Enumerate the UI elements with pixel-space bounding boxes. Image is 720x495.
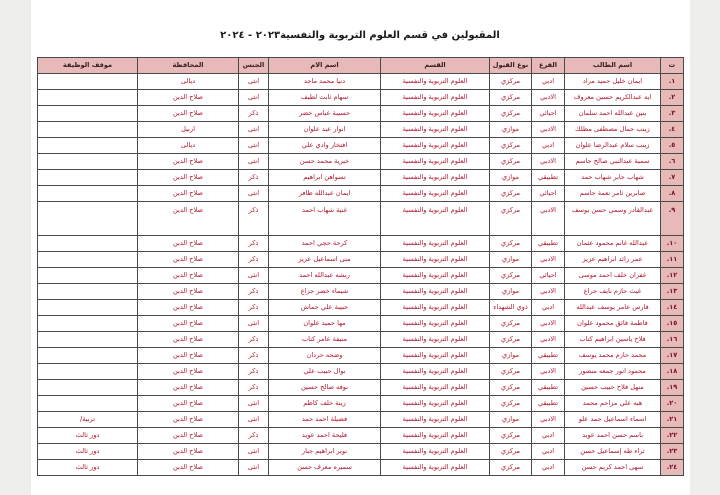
header-serial: ت [661,58,684,74]
table-row: ٩.عبدالقادر وسمي حسن يوسفالادبيمركزيالعل… [38,202,684,236]
cell-department: العلوم التربوية والنفسية [381,380,490,396]
cell-admission-type: مركزي [490,236,532,252]
cell-department: العلوم التربوية والنفسية [381,268,490,284]
cell-mother-name: تسواهن ابراهيم [269,170,381,186]
cell-branch: تطبيقي [532,170,565,186]
cell-department: العلوم التربوية والنفسية [381,396,490,412]
cell-mother-name: سميره معرف حسن [269,460,381,476]
cell-governorate: صلاح الدين [138,284,239,300]
cell-department: العلوم التربوية والنفسية [381,364,490,380]
cell-student-name: صابرين ثامر نعمة جاسم [565,186,661,202]
cell-serial: ٢٤. [661,460,684,476]
side-margin [690,0,720,495]
cell-mother-name: نوفه صالح حسين [269,380,381,396]
cell-branch: احيائي [532,186,565,202]
cell-job-status [38,106,138,122]
cell-mother-name: كرحة حجي احمد [269,236,381,252]
table-row: ١٨.محمود انور جمعه منصورالادبيمركزيالعلو… [38,364,684,380]
cell-governorate: اربيل [138,122,239,138]
cell-mother-name: منيفة عامر كتاب [269,332,381,348]
header-department: القسم [381,58,490,74]
cell-serial: ٥. [661,138,684,154]
cell-mother-name: منى اسماعيل عزيز [269,252,381,268]
cell-gender: ذكر [239,252,269,268]
header-branch: الفرع [532,58,565,74]
cell-admission-type: مركزي [490,428,532,444]
cell-governorate: صلاح الدين [138,316,239,332]
cell-mother-name: فضيلة احمد حمد [269,412,381,428]
cell-job-status [38,380,138,396]
cell-serial: ١٢. [661,268,684,284]
cell-serial: ٢١. [661,412,684,428]
cell-job-status [38,170,138,186]
cell-branch: ادبي [532,460,565,476]
header-student-name: اسم الطالب [565,58,661,74]
cell-admission-type: موازي [490,170,532,186]
header-mother-name: اسم الام [269,58,381,74]
cell-governorate: صلاح الدين [138,186,239,202]
cell-branch: ادبي [532,300,565,316]
cell-job-status: تربية/ [38,412,138,428]
cell-student-name: عبدالله غانم محمود عثمان [565,236,661,252]
cell-governorate: صلاح الدين [138,106,239,122]
cell-gender: انثى [239,154,269,170]
cell-governorate: صلاح الدين [138,412,239,428]
cell-branch: الادبي [532,154,565,170]
cell-serial: ١١. [661,252,684,268]
cell-department: العلوم التربوية والنفسية [381,300,490,316]
cell-gender: ذكر [239,380,269,396]
cell-serial: ١٨. [661,364,684,380]
cell-gender: انثى [239,186,269,202]
table-body: ١.ايمان خليل حميد مرادادبيمركزيالعلوم ال… [38,74,684,476]
cell-job-status [38,122,138,138]
cell-admission-type: مركزي [490,364,532,380]
cell-mother-name: وضحه حردان [269,348,381,364]
cell-branch: ادبي [532,428,565,444]
cell-branch: احيائي [532,106,565,122]
table-row: ١٦.فلاح ياسين ابراهيم كتابالادبيمركزيالع… [38,332,684,348]
cell-student-name: زينب جمال مصطفى مطلك [565,122,661,138]
cell-admission-type: مركزي [490,460,532,476]
header-job-status: موقف الوظيفة [38,58,138,74]
cell-admission-type: مركزي [490,90,532,106]
table-row: ٦.سمية عبدالنبي صالح جاسمالادبيمركزيالعل… [38,154,684,170]
cell-job-status [38,316,138,332]
cell-job-status [38,90,138,106]
cell-department: العلوم التربوية والنفسية [381,74,490,90]
cell-department: العلوم التربوية والنفسية [381,106,490,122]
cell-governorate: صلاح الدين [138,236,239,252]
cell-department: العلوم التربوية والنفسية [381,186,490,202]
cell-mother-name: نوير ابراهيم جبار [269,444,381,460]
cell-department: العلوم التربوية والنفسية [381,348,490,364]
cell-gender: ذكر [239,170,269,186]
cell-department: العلوم التربوية والنفسية [381,412,490,428]
cell-job-status [38,236,138,252]
cell-student-name: زينب سلام عبدالرضا علوان [565,138,661,154]
cell-gender: انثى [239,412,269,428]
cell-student-name: منهل فلاح حبيب حسين [565,380,661,396]
cell-serial: ١٥. [661,316,684,332]
cell-branch: الادبي [532,252,565,268]
cell-admission-type: مركزي [490,380,532,396]
cell-branch: ادبي [532,74,565,90]
cell-job-status [38,252,138,268]
cell-department: العلوم التربوية والنفسية [381,122,490,138]
cell-serial: ١٠. [661,236,684,252]
cell-job-status [38,284,138,300]
cell-mother-name: حبيبة علي حماش [269,300,381,316]
cell-department: العلوم التربوية والنفسية [381,138,490,154]
cell-student-name: بنين عبدالله احمد سلمان [565,106,661,122]
cell-governorate: ديالى [138,74,239,90]
cell-department: العلوم التربوية والنفسية [381,252,490,268]
cell-serial: ٨. [661,186,684,202]
cell-branch: ادبي [532,444,565,460]
cell-mother-name: غنية شهاب احمد [269,202,381,236]
cell-gender: ذكر [239,284,269,300]
table-row: ٧.شهاب جابر شهاب حمدتطبيقيموازيالعلوم ال… [38,170,684,186]
cell-department: العلوم التربوية والنفسية [381,170,490,186]
cell-gender: انثى [239,268,269,284]
cell-mother-name: شيماء خضر جزاع [269,284,381,300]
cell-department: العلوم التربوية والنفسية [381,154,490,170]
cell-job-status [38,138,138,154]
cell-department: العلوم التربوية والنفسية [381,428,490,444]
cell-student-name: ايه عبدالكريم حسين معروف [565,90,661,106]
cell-job-status [38,364,138,380]
cell-branch: ادبي [532,138,565,154]
cell-admission-type: مركزي [490,138,532,154]
cell-branch: تطبيقي [532,348,565,364]
cell-department: العلوم التربوية والنفسية [381,236,490,252]
cell-branch: احيائي [532,268,565,284]
cell-serial: ١٦. [661,332,684,348]
cell-mother-name: فليحة احمد عويد [269,428,381,444]
cell-serial: ١. [661,74,684,90]
cell-branch: الادبي [532,364,565,380]
cell-branch: الادبي [532,316,565,332]
cell-branch: تطبيقي [532,396,565,412]
table-row: ٣.بنين عبدالله احمد سلماناحيائيمركزيالعل… [38,106,684,122]
cell-student-name: سهى احمد كريم حسن [565,460,661,476]
table-row: ١٠.عبدالله غانم محمود عثمانتطبيقيمركزيال… [38,236,684,252]
cell-admission-type: مركزي [490,202,532,236]
cell-mother-name: زينة خلف كاظم [269,396,381,412]
table-row: ١١.عمر رائد ابراهيم عزيزالادبيموازيالعلو… [38,252,684,268]
cell-gender: ذكر [239,332,269,348]
cell-student-name: باسم حسن احمد عويد [565,428,661,444]
table-row: ١٩.منهل فلاح حبيب حسينتطبيقيمركزيالعلوم … [38,380,684,396]
table-row: ١٧.محمد حازم محمد يوسفتطبيقيموازيالعلوم … [38,348,684,364]
cell-gender: انثى [239,444,269,460]
cell-job-status [38,332,138,348]
cell-gender: ذكر [239,106,269,122]
cell-admission-type: موازي [490,412,532,428]
cell-gender: انثى [239,138,269,154]
cell-job-status [38,154,138,170]
cell-admission-type: مركزي [490,74,532,90]
table-row: ٢١.اسماء اسماعيل حمد علوالادبيموازيالعلو… [38,412,684,428]
cell-mother-name: مها حميد علوان [269,316,381,332]
cell-student-name: عمر رائد ابراهيم عزيز [565,252,661,268]
table-row: ١٥.فاطمة فائق محمود علوانالادبيمركزيالعل… [38,316,684,332]
cell-job-status [38,396,138,412]
cell-admission-type: مركزي [490,444,532,460]
cell-serial: ٧. [661,170,684,186]
cell-admission-type: موازي [490,348,532,364]
cell-gender: انثى [239,90,269,106]
cell-governorate: صلاح الدين [138,252,239,268]
cell-admission-type: مركزي [490,396,532,412]
cell-mother-name: ريشه عبدالله احمد [269,268,381,284]
table-row: ٨.صابرين ثامر نعمة جاسماحيائيمركزيالعلوم… [38,186,684,202]
cell-admission-type: ذوي الشهداء [490,300,532,316]
cell-mother-name: افتخار وادي علي [269,138,381,154]
cell-job-status [38,348,138,364]
cell-gender: ذكر [239,236,269,252]
cell-governorate: صلاح الدين [138,202,239,236]
cell-gender: ذكر [239,348,269,364]
cell-job-status [38,268,138,284]
table-row: ١٤.فارس عامر يوسف عبداللهادبيذوي الشهداء… [38,300,684,316]
cell-serial: ١٩. [661,380,684,396]
header-governorate: المحافظة [138,58,239,74]
table-row: ٢٢.باسم حسن احمد عويدادبيمركزيالعلوم الت… [38,428,684,444]
cell-serial: ٢. [661,90,684,106]
cell-job-status [38,202,138,236]
cell-gender: ذكر [239,202,269,236]
table-header-row: ت اسم الطالب الفرع نوع القبول القسم اسم … [38,58,684,74]
cell-gender: ذكر [239,428,269,444]
cell-governorate: صلاح الدين [138,428,239,444]
cell-student-name: فارس عامر يوسف عبدالله [565,300,661,316]
cell-serial: ٤. [661,122,684,138]
cell-gender: انثى [239,460,269,476]
cell-governorate: صلاح الدين [138,364,239,380]
table-row: ٥.زينب سلام عبدالرضا علوانادبيمركزيالعلو… [38,138,684,154]
cell-department: العلوم التربوية والنفسية [381,202,490,236]
cell-branch: الادبي [532,332,565,348]
table-row: ١.ايمان خليل حميد مرادادبيمركزيالعلوم ال… [38,74,684,90]
cell-admission-type: موازي [490,252,532,268]
cell-governorate: صلاح الدين [138,396,239,412]
cell-serial: ١٤. [661,300,684,316]
cell-job-status: دور ثالث [38,428,138,444]
header-admission-type: نوع القبول [490,58,532,74]
document-title: المقبولين في قسم العلوم التربوية والنفسي… [0,30,720,41]
cell-job-status: دور ثالث [38,444,138,460]
cell-branch: الادبي [532,202,565,236]
header-gender: الجنس [239,58,269,74]
cell-gender: ذكر [239,300,269,316]
cell-student-name: اسماء اسماعيل حمد علو [565,412,661,428]
cell-admission-type: مركزي [490,154,532,170]
cell-admission-type: مركزي [490,186,532,202]
cell-branch: تطبيقي [532,380,565,396]
cell-governorate: صلاح الدين [138,90,239,106]
table-row: ١٢.غفران خلف احمد موسىاحيائيمركزيالعلوم … [38,268,684,284]
cell-governorate: صلاح الدين [138,444,239,460]
table-row: ٢٠.هبه علي مزاحم محمدتطبيقيمركزيالعلوم ا… [38,396,684,412]
cell-department: العلوم التربوية والنفسية [381,332,490,348]
cell-job-status [38,186,138,202]
cell-serial: ١٣. [661,284,684,300]
cell-student-name: شهاب جابر شهاب حمد [565,170,661,186]
cell-branch: تطبيقي [532,236,565,252]
cell-department: العلوم التربوية والنفسية [381,316,490,332]
cell-governorate: صلاح الدين [138,460,239,476]
cell-serial: ٩. [661,202,684,236]
cell-department: العلوم التربوية والنفسية [381,90,490,106]
table-row: ٢٤.سهى احمد كريم حسنادبيمركزيالعلوم التر… [38,460,684,476]
cell-governorate: صلاح الدين [138,348,239,364]
cell-serial: ٢٢. [661,428,684,444]
cell-student-name: سمية عبدالنبي صالح جاسم [565,154,661,170]
cell-governorate: صلاح الدين [138,268,239,284]
cell-mother-name: سهام ثابت لطيف [269,90,381,106]
cell-student-name: فاطمة فائق محمود علوان [565,316,661,332]
table-row: ١٣.غيث حازم نايف جراعالادبيموازيالعلوم ا… [38,284,684,300]
cell-admission-type: مركزي [490,332,532,348]
cell-student-name: ايمان خليل حميد مراد [565,74,661,90]
cell-department: العلوم التربوية والنفسية [381,460,490,476]
cell-student-name: غيث حازم نايف جراع [565,284,661,300]
cell-admission-type: مركزي [490,316,532,332]
cell-job-status [38,74,138,90]
cell-gender: انثى [239,316,269,332]
cell-governorate: ديالى [138,138,239,154]
cell-serial: ٢٣. [661,444,684,460]
admitted-students-table: ت اسم الطالب الفرع نوع القبول القسم اسم … [37,57,684,476]
cell-serial: ٦. [661,154,684,170]
cell-job-status [38,300,138,316]
cell-department: العلوم التربوية والنفسية [381,444,490,460]
table-row: ٢.ايه عبدالكريم حسين معروفالادبيمركزيالع… [38,90,684,106]
cell-student-name: عبدالقادر وسمي حسن يوسف [565,202,661,236]
cell-governorate: صلاح الدين [138,154,239,170]
cell-department: العلوم التربوية والنفسية [381,284,490,300]
cell-branch: الادبي [532,122,565,138]
cell-governorate: صلاح الدين [138,300,239,316]
table-row: ٢٣.ثراء طه إسماعيل حسنادبيمركزيالعلوم ال… [38,444,684,460]
cell-gender: انثى [239,122,269,138]
cell-job-status: دور ثالث [38,460,138,476]
cell-mother-name: نوال حبيب علي [269,364,381,380]
cell-student-name: فلاح ياسين ابراهيم كتاب [565,332,661,348]
cell-mother-name: ايمان عبدالله ظافر [269,186,381,202]
cell-governorate: صلاح الدين [138,380,239,396]
table-row: ٤.زينب جمال مصطفى مطلكالادبيموازيالعلوم … [38,122,684,138]
cell-admission-type: مركزي [490,268,532,284]
cell-student-name: ثراء طه إسماعيل حسن [565,444,661,460]
cell-student-name: غفران خلف احمد موسى [565,268,661,284]
cell-admission-type: موازي [490,122,532,138]
cell-student-name: محمد حازم محمد يوسف [565,348,661,364]
cell-branch: الادبي [532,284,565,300]
cell-mother-name: حسيبة عباس خضر [269,106,381,122]
cell-serial: ٣. [661,106,684,122]
cell-gender: انثى [239,396,269,412]
cell-serial: ٢٠. [661,396,684,412]
cell-branch: الادبي [532,90,565,106]
cell-student-name: محمود انور جمعه منصور [565,364,661,380]
cell-mother-name: دنيا محمد ماجد [269,74,381,90]
cell-governorate: صلاح الدين [138,170,239,186]
cell-mother-name: خيرية محمد حسن [269,154,381,170]
cell-branch: الادبي [532,412,565,428]
cell-admission-type: مركزي [490,106,532,122]
cell-admission-type: موازي [490,284,532,300]
cell-serial: ١٧. [661,348,684,364]
cell-gender: انثى [239,74,269,90]
cell-governorate: صلاح الدين [138,332,239,348]
cell-mother-name: انوار عبد علوان [269,122,381,138]
cell-gender: ذكر [239,364,269,380]
cell-student-name: هبه علي مزاحم محمد [565,396,661,412]
